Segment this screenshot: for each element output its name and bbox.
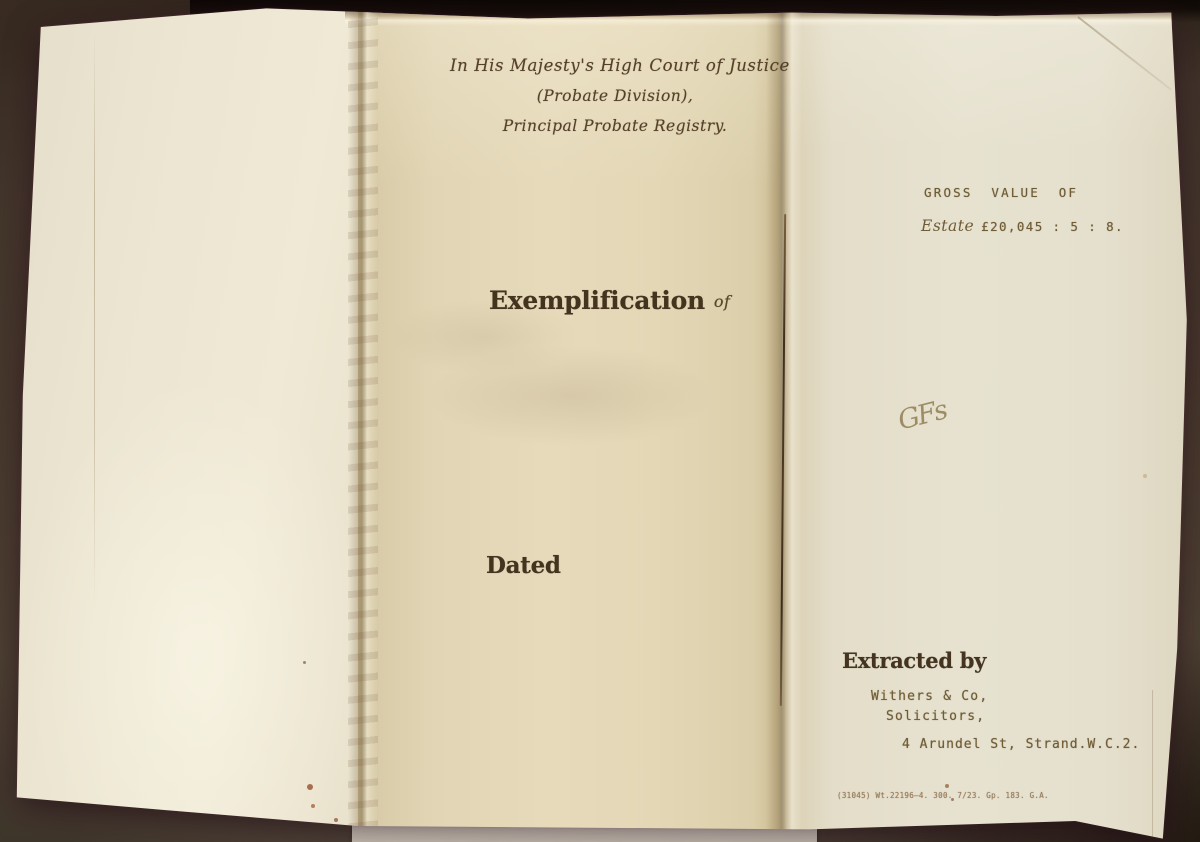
solicitor-firm-name: Withers & Co, [871, 689, 988, 704]
foxing-spot [307, 784, 313, 790]
exemplification-heading: Exemplificationof [489, 286, 730, 315]
printer-imprint: (31045) Wt.22196—4. 300. 7/23. Gp. 183. … [837, 791, 1049, 800]
foxing-spot [945, 784, 949, 788]
exemplification-label: Exemplification [489, 286, 705, 315]
estate-value: £20,045 : 5 : 8. [981, 219, 1124, 234]
foxing-spot [303, 661, 306, 664]
estate-word: Estate [921, 217, 974, 235]
faint-crease-right-panel [1152, 690, 1154, 838]
court-header: In His Majesty's High Court of Justice (… [450, 56, 780, 147]
exemplification-of: of [714, 292, 731, 311]
top-edge-curl-shadow [345, 9, 1182, 26]
solicitor-role: Solicitors, [886, 709, 985, 724]
court-header-line2: (Probate Division), [450, 87, 780, 105]
foxing-spot [334, 818, 338, 822]
document-wrapper: In His Majesty's High Court of Justice (… [0, 0, 1200, 842]
court-header-line3: Principal Probate Registry. [450, 117, 780, 135]
dated-label: Dated [486, 552, 561, 579]
court-header-line1: In His Majesty's High Court of Justice [450, 56, 780, 75]
foxing-spot [1143, 474, 1147, 478]
photo-of-folded-probate-document: In His Majesty's High Court of Justice (… [0, 0, 1200, 842]
extracted-by-label: Extracted by [842, 648, 986, 673]
gross-value-label: GROSS VALUE OF [924, 185, 1078, 200]
document-right-panel [782, 0, 1200, 842]
fold-crease-left [348, 0, 378, 842]
folded-document: In His Majesty's High Court of Justice (… [0, 0, 1200, 842]
document-left-panel [0, 0, 358, 842]
solicitor-address: 4 Arundel St, Strand.W.C.2. [902, 737, 1140, 752]
faint-crease-left-panel [94, 30, 95, 610]
foxing-spot [311, 804, 315, 808]
estate-value-line: Estate£20,045 : 5 : 8. [921, 216, 1124, 235]
